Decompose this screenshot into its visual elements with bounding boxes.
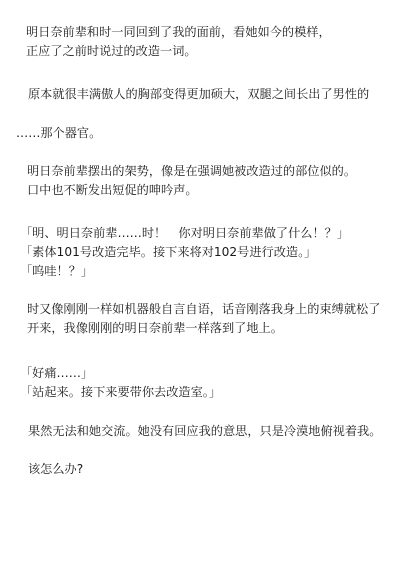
narration-line: 开来，我像刚刚的明日奈前辈一样落到了地上。 (27, 321, 283, 335)
dialogue-line: 「明、明日奈前辈……时！ 你对明日奈前辈做了什么！？」 (20, 226, 349, 240)
narration-line: 原本就很丰满傲人的胸部变得更加硕大，双腿之间长出了男性的 (28, 87, 369, 101)
dialogue-line: 「呜哇！？」 (20, 264, 93, 278)
dialogue-line: 「站起来。接下来要带你去改造室。」 (20, 385, 221, 399)
dialogue-line: 「好痛……」 (20, 366, 93, 380)
narration-line: 明日奈前辈摆出的架势，像是在强调她被改造过的部位似的。 (27, 164, 356, 178)
narration-line: 明日奈前辈和时一同回到了我的面前，看她如今的模样， (26, 25, 331, 39)
narration-line: 果然无法和她交流。她没有回应我的意思，只是冷漠地俯视着我。 (28, 424, 381, 438)
narration-line: ……那个器官。 (16, 126, 101, 140)
narration-line: 时又像刚刚一样如机器般自言自语，话音刚落我身上的束缚就松了 (27, 302, 380, 316)
document-page: 明日奈前辈和时一同回到了我的面前，看她如今的模样， 正应了之前时说过的改造一词。… (0, 0, 400, 585)
narration-line: 正应了之前时说过的改造一词。 (26, 44, 197, 58)
narration-line: 口中也不断发出短促的呻吟声。 (27, 183, 198, 197)
dialogue-line: 「素体101号改造完毕。接下来将对102号进行改造。」 (20, 245, 316, 259)
narration-line: 该怎么办? (28, 462, 83, 476)
